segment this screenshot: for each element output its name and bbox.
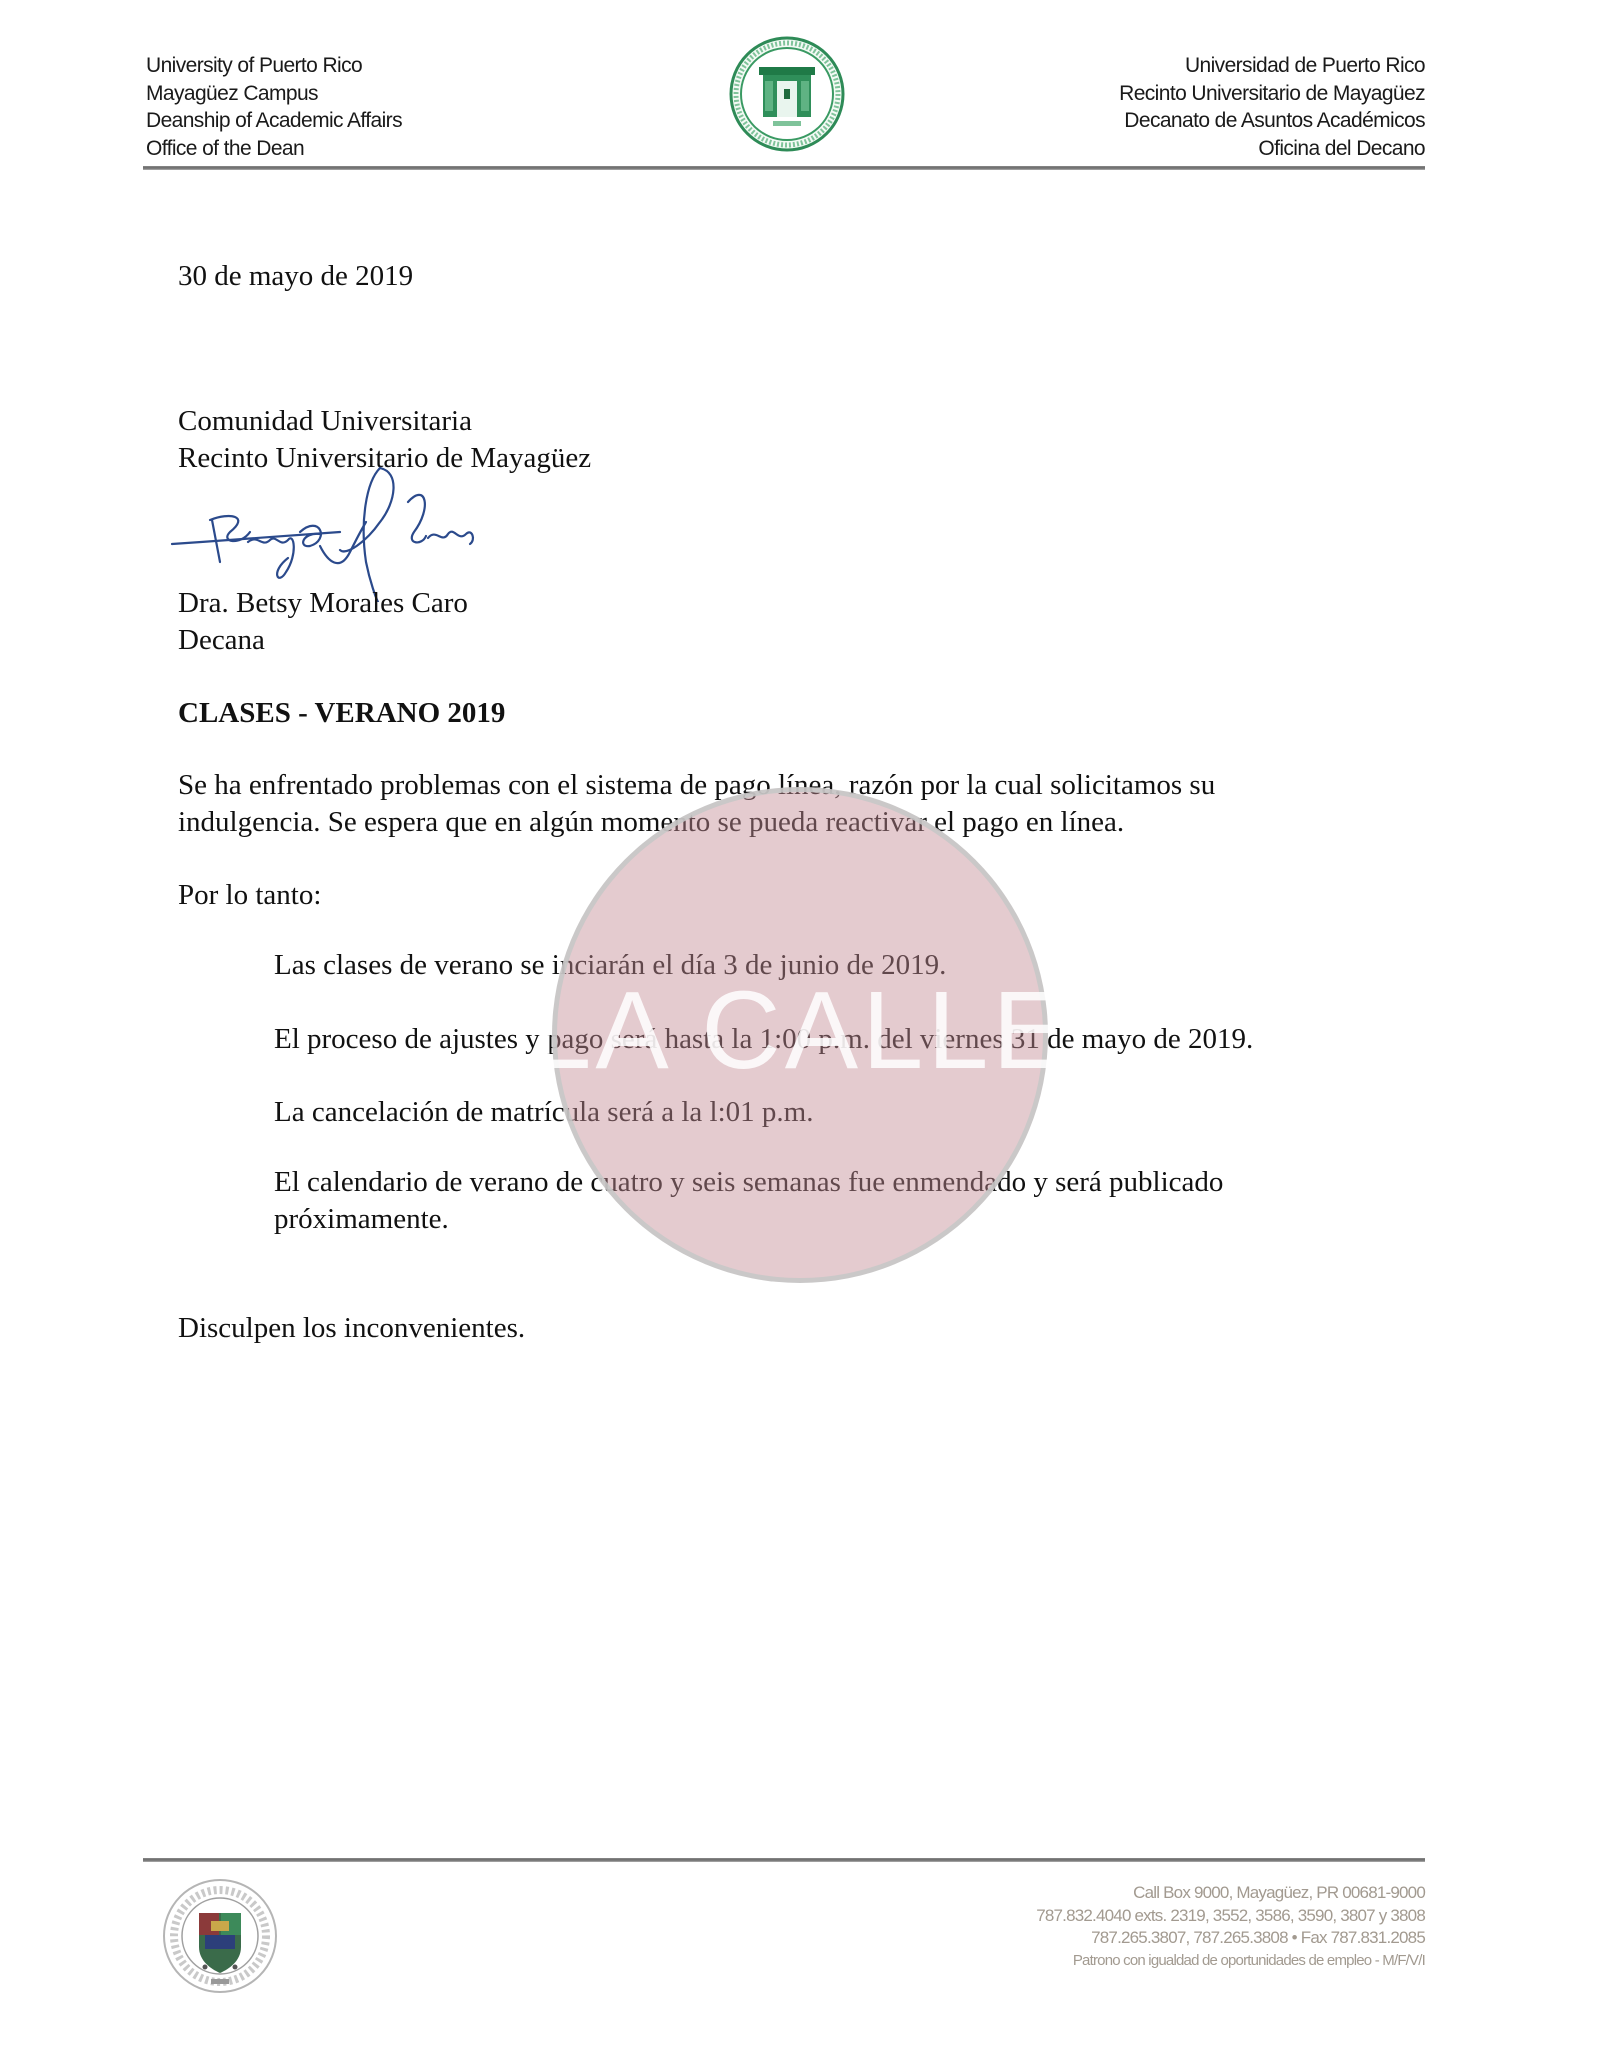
letterhead-line: Office of the Dean [146, 135, 402, 163]
letterhead-line: Recinto Universitario de Mayagüez [1119, 80, 1425, 108]
signature-icon [170, 462, 490, 602]
list-item-line: El calendario de verano de cuatro y seis… [274, 1164, 1223, 1201]
list-item-line: Las clases de verano se inciarán el día … [274, 947, 946, 984]
letterhead-line: Oficina del Decano [1119, 135, 1425, 163]
letterhead-english: University of Puerto Rico Mayagüez Campu… [146, 52, 402, 162]
list-item-line: La cancelación de matrícula será a la l:… [274, 1094, 813, 1131]
paragraph-line: Se ha enfrentado problemas con el sistem… [178, 767, 1215, 804]
footer-address: Call Box 9000, Mayagüez, PR 00681-9000 [1036, 1882, 1425, 1905]
letterhead-line: University of Puerto Rico [146, 52, 402, 80]
recipient-line: Comunidad Universitaria [178, 403, 591, 440]
list-item-line: El proceso de ajustes y pago será hasta … [274, 1021, 1253, 1058]
letter-paragraph: Se ha enfrentado problemas con el sistem… [178, 767, 1215, 841]
letterhead-line: Deanship of Academic Affairs [146, 107, 402, 135]
footer-phones: 787.832.4040 exts. 2319, 3552, 3586, 359… [1036, 1905, 1425, 1928]
letterhead-line: Decanato de Asuntos Académicos [1119, 107, 1425, 135]
letterhead-spanish: Universidad de Puerto Rico Recinto Unive… [1119, 52, 1425, 162]
letter-closing: Disculpen los inconvenientes. [178, 1310, 525, 1347]
footer-phones-fax: 787.265.3807, 787.265.3808 • Fax 787.831… [1036, 1927, 1425, 1950]
list-item: Las clases de verano se inciarán el día … [274, 947, 946, 984]
list-item-line: próximamente. [274, 1201, 1223, 1238]
signer-title: Decana [178, 622, 468, 659]
letterhead-line: Mayagüez Campus [146, 80, 402, 108]
university-crest-icon [161, 1877, 279, 1995]
list-item: El proceso de ajustes y pago será hasta … [274, 1021, 1253, 1058]
footer-contact: Call Box 9000, Mayagüez, PR 00681-9000 7… [1036, 1882, 1425, 1972]
paragraph-line: indulgencia. Se espera que en algún mome… [178, 804, 1215, 841]
letter-date: 30 de mayo de 2019 [178, 258, 413, 295]
header-divider [143, 166, 1425, 170]
university-seal-icon [727, 33, 847, 155]
list-item: La cancelación de matrícula será a la l:… [274, 1094, 813, 1131]
list-item: El calendario de verano de cuatro y seis… [274, 1164, 1223, 1238]
letterhead-line: Universidad de Puerto Rico [1119, 52, 1425, 80]
transition-text: Por lo tanto: [178, 877, 321, 914]
footer-divider [143, 1858, 1425, 1862]
signer-block: Dra. Betsy Morales Caro Decana [178, 585, 468, 659]
footer-equal-opportunity: Patrono con igualdad de oportunidades de… [1036, 1950, 1425, 1973]
signer-name: Dra. Betsy Morales Caro [178, 585, 468, 622]
letter-subject: CLASES - VERANO 2019 [178, 695, 505, 732]
